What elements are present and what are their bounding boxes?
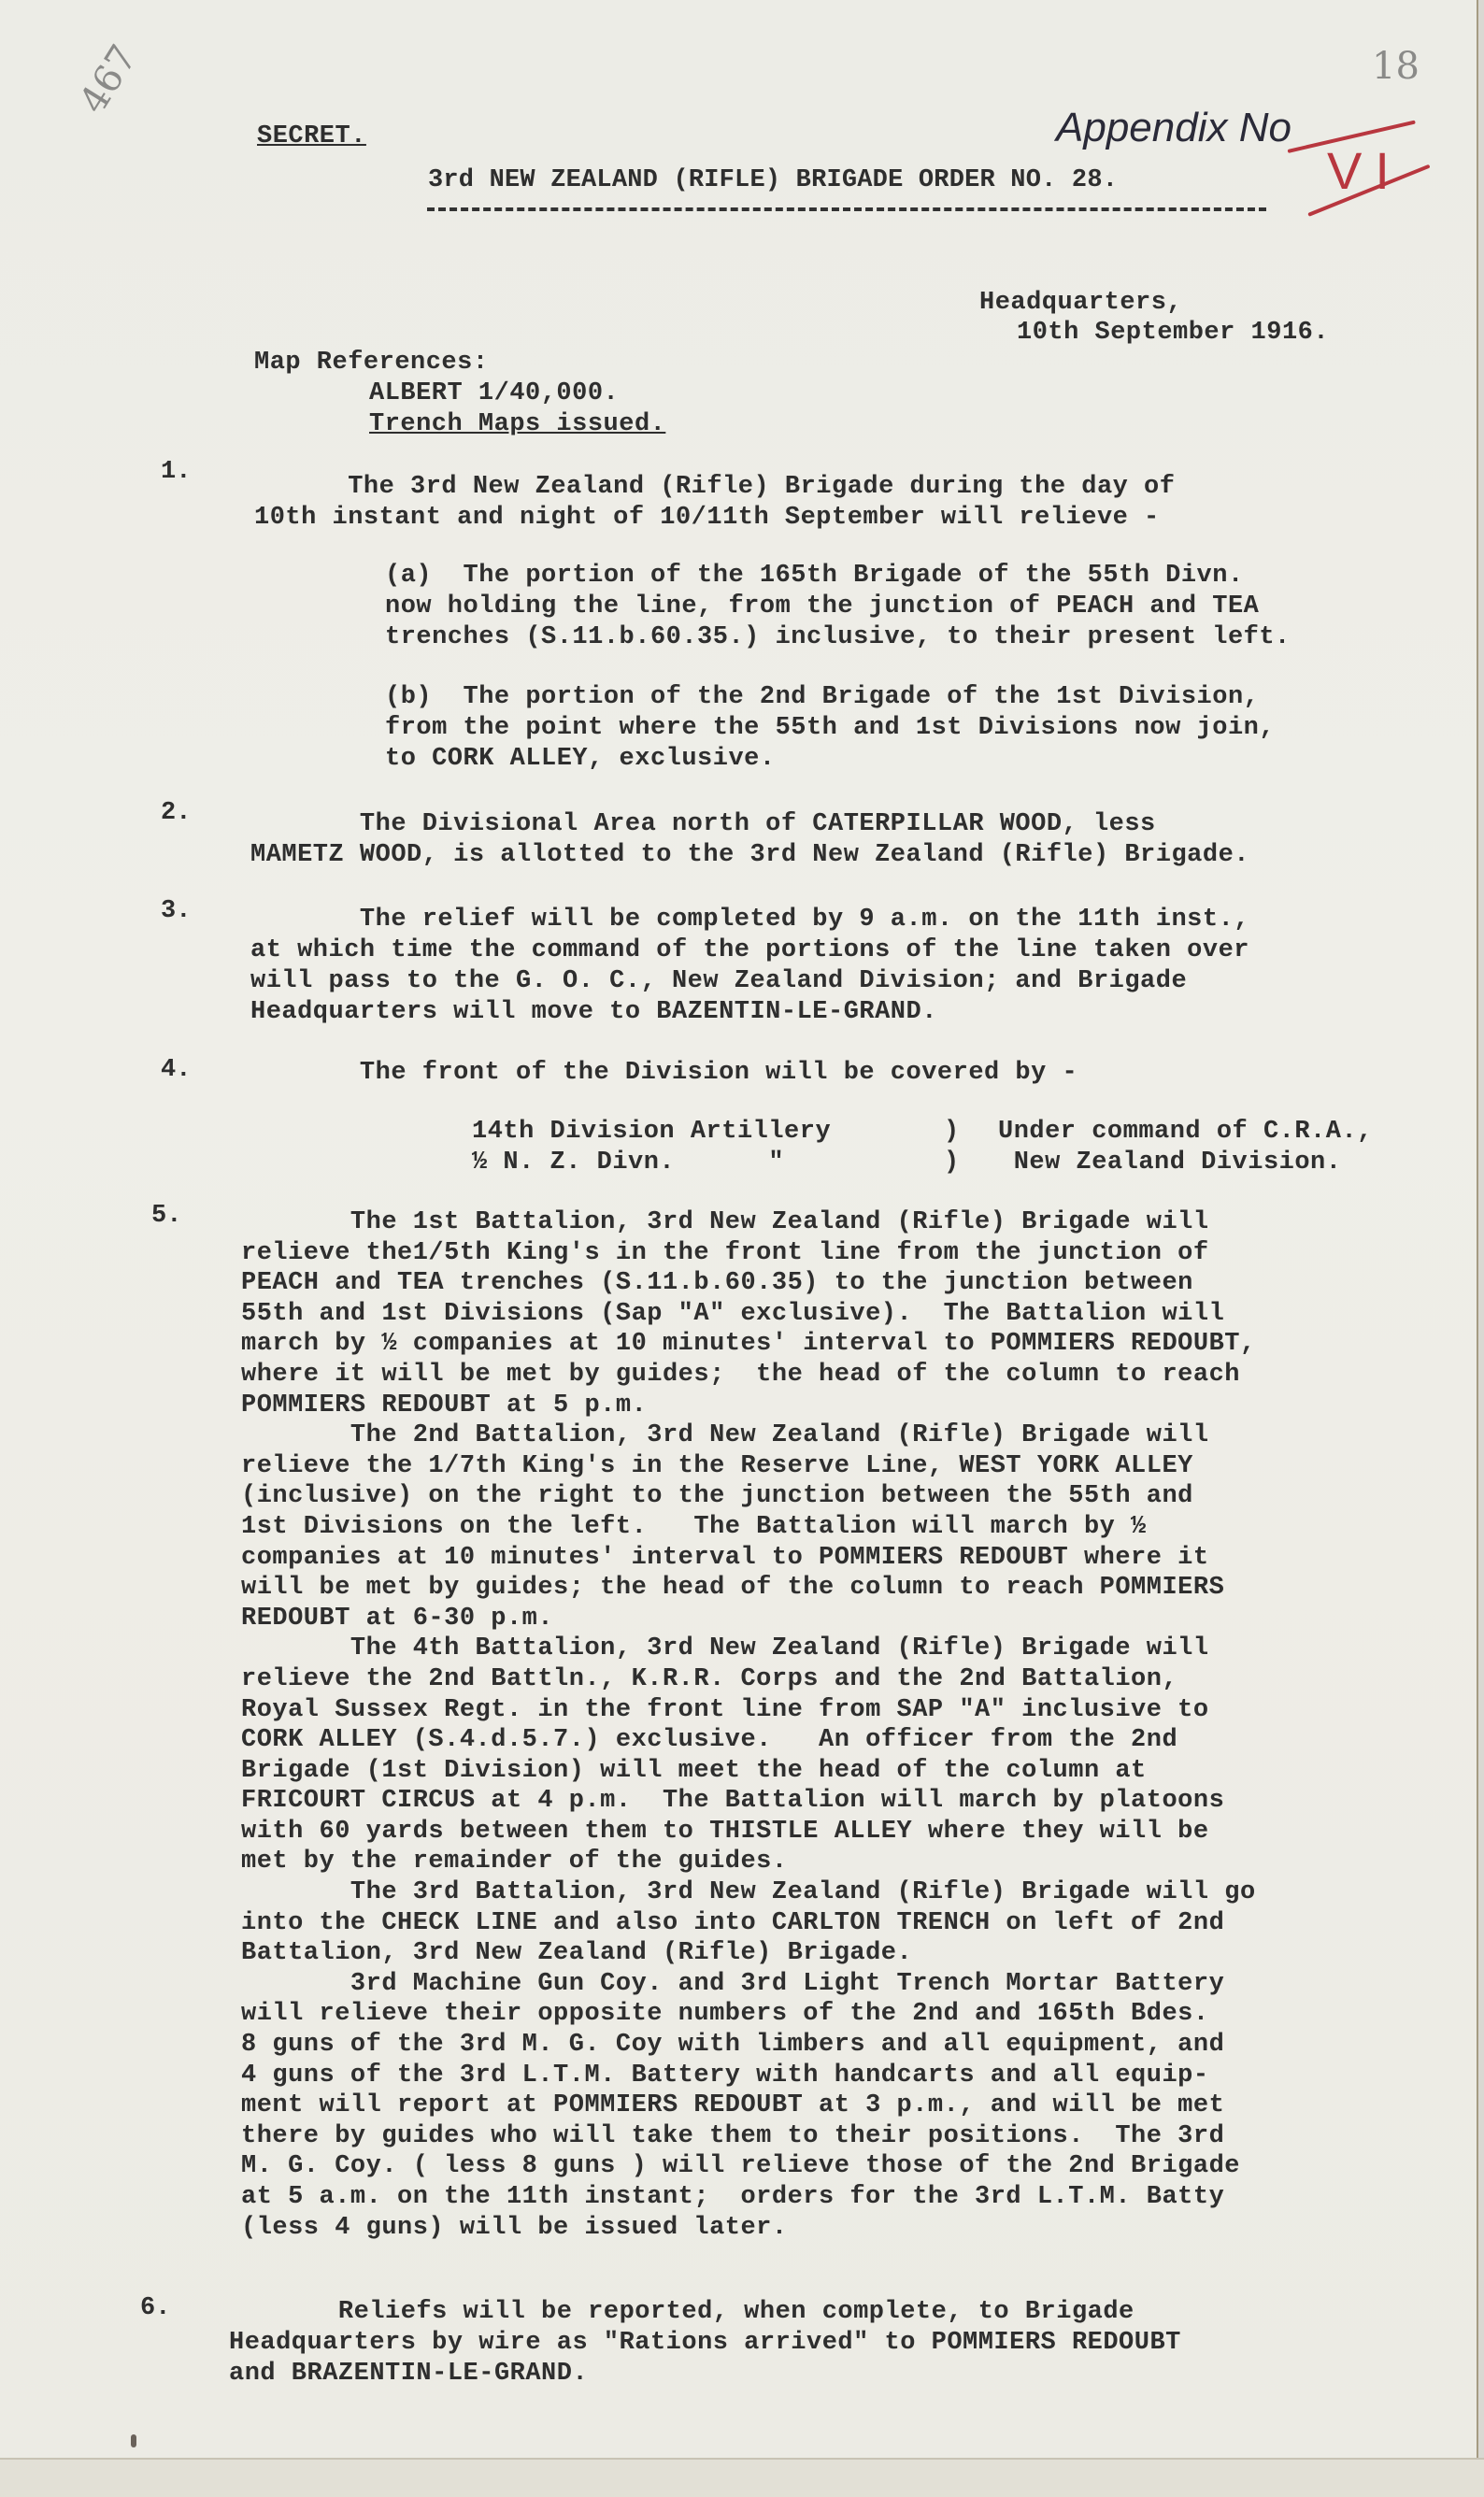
underlying-sheet [0, 2458, 1484, 2497]
map-reference-trench-maps: Trench Maps issued. [369, 409, 665, 440]
text-line: 14th Division Artillery [472, 1117, 831, 1148]
paragraph-2: The Divisional Area north of CATERPILLAR… [250, 809, 1249, 871]
text-line: The 3rd New Zealand (Rifle) Brigade duri… [254, 472, 1175, 503]
text-line: The 2nd Battalion, 3rd New Zealand (Rifl… [241, 1420, 1256, 1451]
paragraph-number: 6. [140, 2294, 170, 2322]
artillery-command: Under command of C.R.A., New Zealand Div… [998, 1117, 1373, 1178]
text-line: met by the remainder of the guides. [241, 1847, 1256, 1877]
text-line: and BRAZENTIN-LE-GRAND. [229, 2359, 1181, 2390]
text-line: Reliefs will be reported, when complete,… [229, 2297, 1181, 2328]
map-references-label: Map References: [254, 348, 489, 378]
text-line: The 3rd Battalion, 3rd New Zealand (Rifl… [241, 1877, 1256, 1908]
folio-number-right: 18 [1372, 45, 1420, 88]
text-line: PEACH and TEA trenches (S.11.b.60.35) to… [241, 1268, 1256, 1299]
paragraph-4: The front of the Division will be covere… [250, 1058, 1077, 1089]
paragraph-number: 5. [151, 1202, 181, 1230]
paragraph-3: The relief will be completed by 9 a.m. o… [250, 905, 1249, 1028]
text-line: where it will be met by guides; the head… [241, 1360, 1256, 1391]
text-line: 3rd Machine Gun Coy. and 3rd Light Trenc… [241, 1969, 1256, 2000]
paragraph-number: 1. [161, 458, 191, 486]
text-line: ment will report at POMMIERS REDOUBT at … [241, 2090, 1256, 2121]
text-line: at 5 a.m. on the 11th instant; orders fo… [241, 2182, 1256, 2213]
text-line: trenches (S.11.b.60.35.) inclusive, to t… [385, 622, 1291, 653]
text-line: The 1st Battalion, 3rd New Zealand (Rifl… [241, 1207, 1256, 1238]
paragraph-number: 3. [161, 897, 191, 925]
title-dashed-rule [427, 207, 1266, 211]
text-line: there by guides who will take them to th… [241, 2121, 1256, 2152]
paragraph-1-item-a: (a) The portion of the 165th Brigade of … [385, 561, 1291, 653]
text-line: Headquarters by wire as "Rations arrived… [229, 2328, 1181, 2359]
text-line: to CORK ALLEY, exclusive. [385, 744, 1275, 775]
text-line: at which time the command of the portion… [250, 935, 1249, 966]
text-line: 8 guns of the 3rd M. G. Coy with limbers… [241, 2030, 1256, 2061]
text-line: 10th instant and night of 10/11th Septem… [254, 503, 1175, 534]
text-line: Brigade (1st Division) will meet the hea… [241, 1756, 1256, 1787]
header-location: Headquarters, [979, 288, 1182, 319]
paragraph-5: The 1st Battalion, 3rd New Zealand (Rifl… [241, 1207, 1256, 2243]
text-line: The Divisional Area north of CATERPILLAR… [250, 809, 1249, 840]
text-line: relieve the1/5th King's in the front lin… [241, 1238, 1256, 1269]
text-line: march by ½ companies at 10 minutes' inte… [241, 1329, 1256, 1360]
text-line: FRICOURT CIRCUS at 4 p.m. The Battalion … [241, 1786, 1256, 1817]
text-line: Headquarters will move to BAZENTIN-LE-GR… [250, 997, 1249, 1028]
text-line: The relief will be completed by 9 a.m. o… [250, 905, 1249, 935]
paragraph-number: 2. [161, 799, 191, 827]
text-line: now holding the line, from the junction … [385, 592, 1291, 622]
text-line: ½ N. Z. Divn. " [472, 1148, 831, 1178]
text-line: from the point where the 55th and 1st Di… [385, 713, 1275, 744]
text-line: CORK ALLEY (S.4.d.5.7.) exclusive. An of… [241, 1725, 1256, 1756]
text-line: (less 4 guns) will be issued later. [241, 2213, 1256, 2244]
classification-label: SECRET. [257, 121, 366, 152]
text-line: The 4th Battalion, 3rd New Zealand (Rifl… [241, 1634, 1256, 1664]
document-title: 3rd NEW ZEALAND (RIFLE) BRIGADE ORDER NO… [428, 165, 1118, 196]
text-line: relieve the 2nd Battln., K.R.R. Corps an… [241, 1664, 1256, 1695]
text-line: relieve the 1/7th King's in the Reserve … [241, 1451, 1256, 1482]
text-line: Under command of C.R.A., [998, 1117, 1373, 1148]
text-line: with 60 yards between them to THISTLE AL… [241, 1817, 1256, 1848]
text-line: into the CHECK LINE and also into CARLTO… [241, 1908, 1256, 1939]
text-line: Royal Sussex Regt. in the front line fro… [241, 1695, 1256, 1726]
text-line: (a) The portion of the 165th Brigade of … [385, 561, 1291, 592]
text-line: will relieve their opposite numbers of t… [241, 1999, 1256, 2030]
text-line: POMMIERS REDOUBT at 5 p.m. [241, 1391, 1256, 1421]
artillery-units: 14th Division Artillery ½ N. Z. Divn. " [472, 1117, 831, 1178]
artillery-brace: ) ) [944, 1117, 960, 1178]
brace-glyph: ) [944, 1148, 960, 1178]
text-line: companies at 10 minutes' interval to POM… [241, 1543, 1256, 1574]
text-line: M. G. Coy. ( less 8 guns ) will relieve … [241, 2151, 1256, 2182]
text-line: Battalion, 3rd New Zealand (Rifle) Briga… [241, 1938, 1256, 1969]
text-line: (inclusive) on the right to the junction… [241, 1481, 1256, 1512]
text-line: The front of the Division will be covere… [250, 1058, 1077, 1089]
appendix-stamp: Appendix No [1056, 105, 1291, 151]
brace-glyph: ) [944, 1117, 960, 1148]
text-line: New Zealand Division. [998, 1148, 1373, 1178]
header-date: 10th September 1916. [1017, 318, 1329, 349]
paragraph-number: 4. [161, 1056, 191, 1084]
text-line: 55th and 1st Divisions (Sap "A" exclusiv… [241, 1299, 1256, 1330]
text-line: (b) The portion of the 2nd Brigade of th… [385, 682, 1275, 713]
paragraph-1: The 3rd New Zealand (Rifle) Brigade duri… [254, 472, 1175, 534]
paragraph-1-item-b: (b) The portion of the 2nd Brigade of th… [385, 682, 1275, 775]
text-line: REDOUBT at 6-30 p.m. [241, 1604, 1256, 1634]
text-line: 4 guns of the 3rd L.T.M. Battery with ha… [241, 2061, 1256, 2091]
text-line: 1st Divisions on the left. The Battalion… [241, 1512, 1256, 1543]
text-line: will pass to the G. O. C., New Zealand D… [250, 966, 1249, 997]
paragraph-6: Reliefs will be reported, when complete,… [229, 2297, 1181, 2390]
punch-hole-mark [131, 2434, 136, 2447]
text-line: MAMETZ WOOD, is allotted to the 3rd New … [250, 840, 1249, 871]
text-line: will be met by guides; the head of the c… [241, 1573, 1256, 1604]
map-reference-albert: ALBERT 1/40,000. [369, 378, 619, 409]
